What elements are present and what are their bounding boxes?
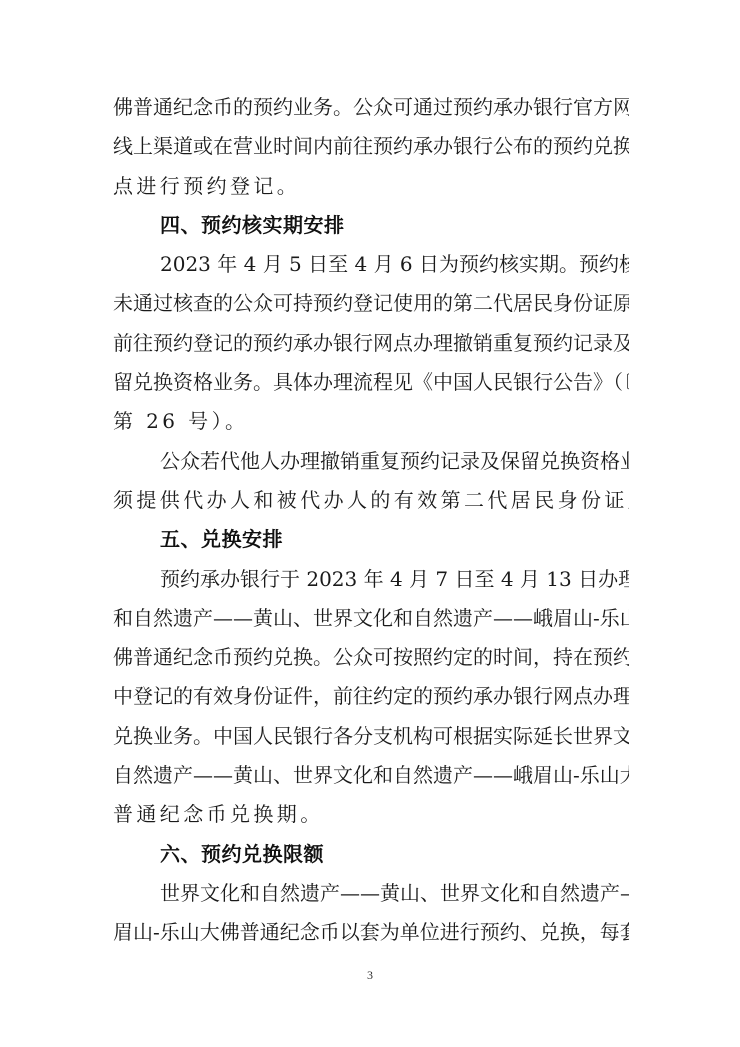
paragraph-line: 2023 年 4 月 5 日至 4 月 6 日为预约核实期。预约核实期内，: [113, 245, 629, 284]
paragraph-line: 自然遗产——黄山、世界文化和自然遗产——峨眉山-乐山大佛: [113, 756, 629, 795]
paragraph-line: 须提供代办人和被代办人的有效第二代居民身份证原件。: [113, 481, 629, 520]
paragraph-line: 留兑换资格业务。具体办理流程见《中国人民银行公告》（〔2019〕: [113, 363, 629, 402]
paragraph-line: 中登记的有效身份证件，前往约定的预约承办银行网点办理预约: [113, 677, 629, 716]
paragraph-line: 兑换业务。中国人民银行各分支机构可根据实际延长世界文化和: [113, 717, 629, 756]
paragraph-line: 第 26 号）。: [113, 402, 629, 441]
paragraph-line: 前往预约登记的预约承办银行网点办理撤销重复预约记录及保: [113, 324, 629, 363]
paragraph-line: 世界文化和自然遗产——黄山、世界文化和自然遗产——峨: [113, 874, 629, 913]
paragraph-line: 点进行预约登记。: [113, 167, 629, 206]
section-heading-6: 六、预约兑换限额: [113, 835, 629, 874]
section-heading-4: 四、预约核实期安排: [113, 206, 629, 245]
paragraph-line: 眉山-乐山大佛普通纪念币以套为单位进行预约、兑换，每套包: [113, 913, 629, 952]
document-page: 佛普通纪念币的预约业务。公众可通过预约承办银行官方网站等 线上渠道或在营业时间内…: [113, 88, 629, 953]
section-heading-5: 五、兑换安排: [113, 520, 629, 559]
paragraph-line: 普通纪念币兑换期。: [113, 795, 629, 834]
paragraph-line: 线上渠道或在营业时间内前往预约承办银行公布的预约兑换网: [113, 127, 629, 166]
paragraph-line: 未通过核查的公众可持预约登记使用的第二代居民身份证原件，: [113, 284, 629, 323]
page-number: 3: [0, 968, 740, 983]
paragraph-line: 公众若代他人办理撤销重复预约记录及保留兑换资格业务，: [113, 442, 629, 481]
paragraph-line: 佛普通纪念币的预约业务。公众可通过预约承办银行官方网站等: [113, 88, 629, 127]
paragraph-line: 和自然遗产——黄山、世界文化和自然遗产——峨眉山-乐山大: [113, 599, 629, 638]
paragraph-line: 预约承办银行于 2023 年 4 月 7 日至 4 月 13 日办理世界文化: [113, 560, 629, 599]
paragraph-line: 佛普通纪念币预约兑换。公众可按照约定的时间，持在预约系统: [113, 638, 629, 677]
